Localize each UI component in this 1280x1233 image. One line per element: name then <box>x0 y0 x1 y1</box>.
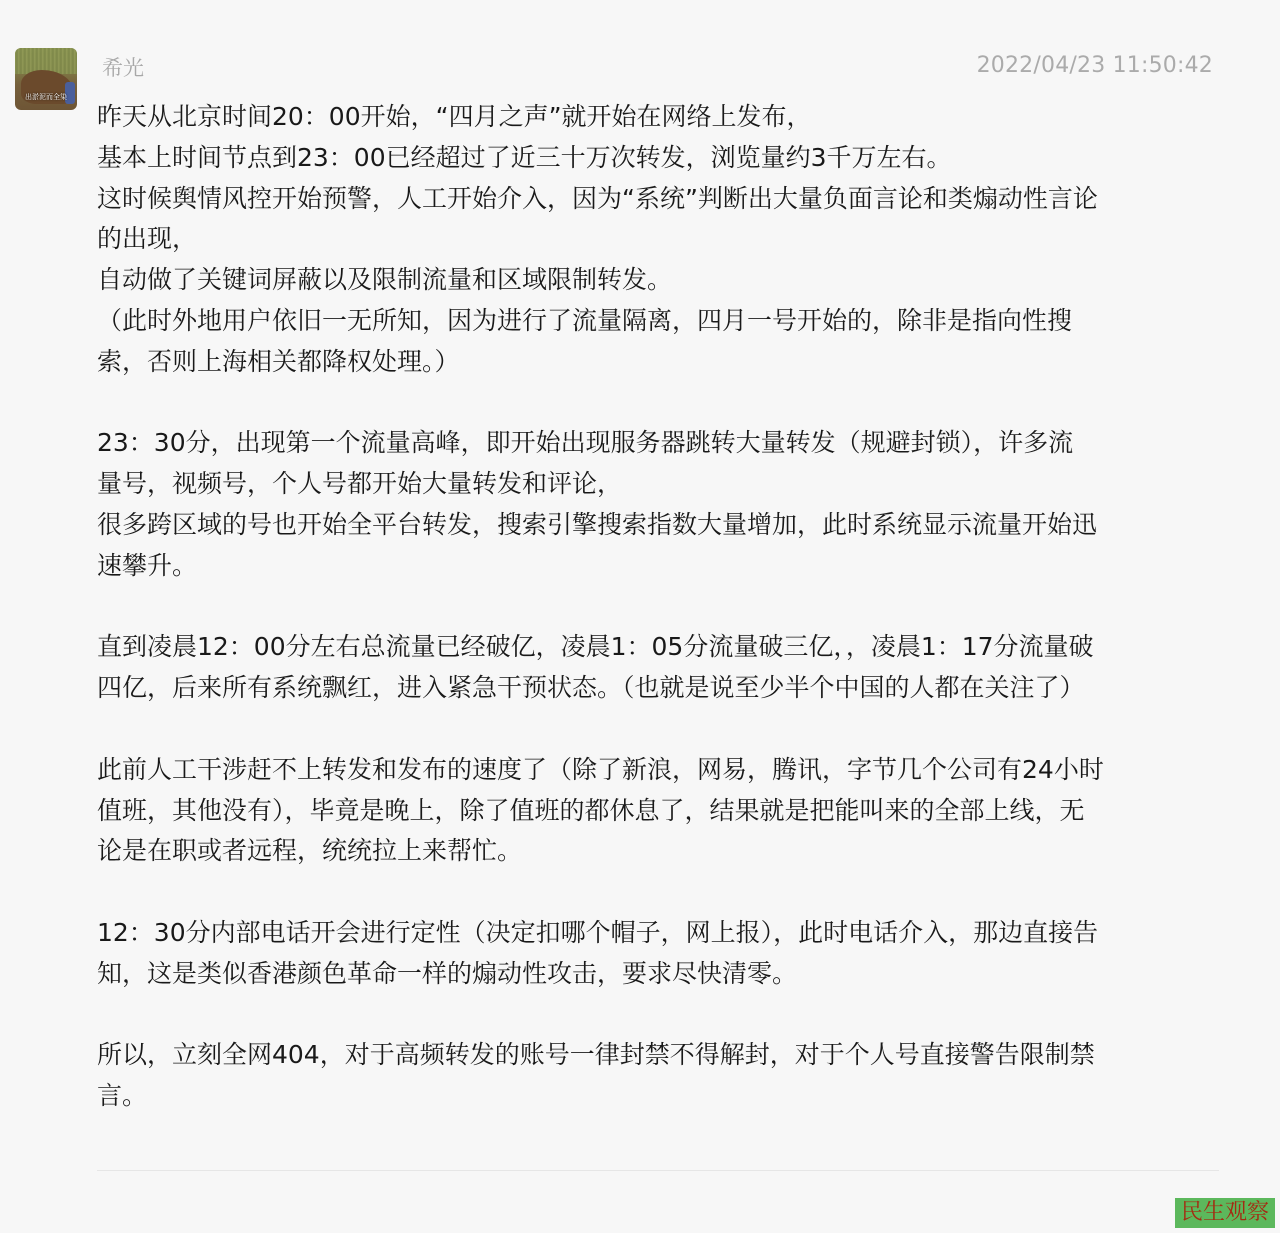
text-line: 知，这是类似香港颜色革命一样的煽动性攻击，要求尽快清零。 <box>97 954 1222 995</box>
text-line: 这时候舆情风控开始预警，人工开始介入，因为“系统”判断出大量负面言论和类煽动性言… <box>97 179 1222 220</box>
text-line: 基本上时间节点到23：00已经超过了近三十万次转发，浏览量约3千万左右。 <box>97 138 1222 179</box>
text-line: 自动做了关键词屏蔽以及限制流量和区域限制转发。 <box>97 260 1222 301</box>
text-line: 昨天从北京时间20：00开始，“四月之声”就开始在网络上发布， <box>97 97 1222 138</box>
message-divider <box>97 1170 1219 1171</box>
text-line: 值班，其他没有），毕竟是晚上，除了值班的都休息了，结果就是把能叫来的全部上线，无 <box>97 791 1222 832</box>
paragraph-spacer <box>97 383 1222 424</box>
text-line: 的出现， <box>97 219 1222 260</box>
text-line: 索，否则上海相关都降权处理。） <box>97 342 1222 383</box>
chat-message: 出淤泥而全染 希光 2022/04/23 11:50:42 昨天从北京时间20：… <box>0 0 1280 1233</box>
avatar-caption: 出淤泥而全染 <box>17 92 75 102</box>
text-line: 速攀升。 <box>97 546 1222 587</box>
sender-name[interactable]: 希光 <box>102 52 144 82</box>
text-line: 23：30分，出现第一个流量高峰，即开始出现服务器跳转大量转发（规避封锁），许多… <box>97 423 1222 464</box>
paragraph-5: 12：30分内部电话开会进行定性（决定扣哪个帽子，网上报），此时电话介入，那边直… <box>97 913 1222 995</box>
paragraph-spacer <box>97 872 1222 913</box>
text-line: 此前人工干涉赶不上转发和发布的速度了（除了新浪，网易，腾讯，字节几个公司有24小… <box>97 750 1222 791</box>
text-line: 12：30分内部电话开会进行定性（决定扣哪个帽子，网上报），此时电话介入，那边直… <box>97 913 1222 954</box>
text-line: 量号，视频号，个人号都开始大量转发和评论， <box>97 464 1222 505</box>
text-line: 很多跨区域的号也开始全平台转发，搜索引擎搜索指数大量增加，此时系统显示流量开始迅 <box>97 505 1222 546</box>
paragraph-spacer <box>97 587 1222 628</box>
text-line: 论是在职或者远程，统统拉上来帮忙。 <box>97 831 1222 872</box>
paragraph-4: 此前人工干涉赶不上转发和发布的速度了（除了新浪，网易，腾讯，字节几个公司有24小… <box>97 750 1222 872</box>
text-line: （此时外地用户依旧一无所知，因为进行了流量隔离，四月一号开始的，除非是指向性搜 <box>97 301 1222 342</box>
text-line: 四亿，后来所有系统飘红，进入紧急干预状态。（也就是说至少半个中国的人都在关注了） <box>97 668 1222 709</box>
paragraph-6: 所以，立刻全网404，对于高频转发的账号一律封禁不得解封，对于个人号直接警告限制… <box>97 1035 1222 1117</box>
watermark-badge: 民生观察 <box>1175 1198 1275 1228</box>
paragraph-spacer <box>97 995 1222 1036</box>
avatar[interactable]: 出淤泥而全染 <box>15 48 77 110</box>
message-body: 昨天从北京时间20：00开始，“四月之声”就开始在网络上发布， 基本上时间节点到… <box>97 97 1222 1117</box>
paragraph-spacer <box>97 709 1222 750</box>
message-timestamp: 2022/04/23 11:50:42 <box>977 53 1213 78</box>
text-line: 直到凌晨12：00分左右总流量已经破亿，凌晨1：05分流量破三亿，，凌晨1：17… <box>97 627 1222 668</box>
text-line: 言。 <box>97 1076 1222 1117</box>
paragraph-3: 直到凌晨12：00分左右总流量已经破亿，凌晨1：05分流量破三亿，，凌晨1：17… <box>97 627 1222 709</box>
paragraph-1: 昨天从北京时间20：00开始，“四月之声”就开始在网络上发布， 基本上时间节点到… <box>97 97 1222 383</box>
text-line: 所以，立刻全网404，对于高频转发的账号一律封禁不得解封，对于个人号直接警告限制… <box>97 1035 1222 1076</box>
paragraph-2: 23：30分，出现第一个流量高峰，即开始出现服务器跳转大量转发（规避封锁），许多… <box>97 423 1222 586</box>
